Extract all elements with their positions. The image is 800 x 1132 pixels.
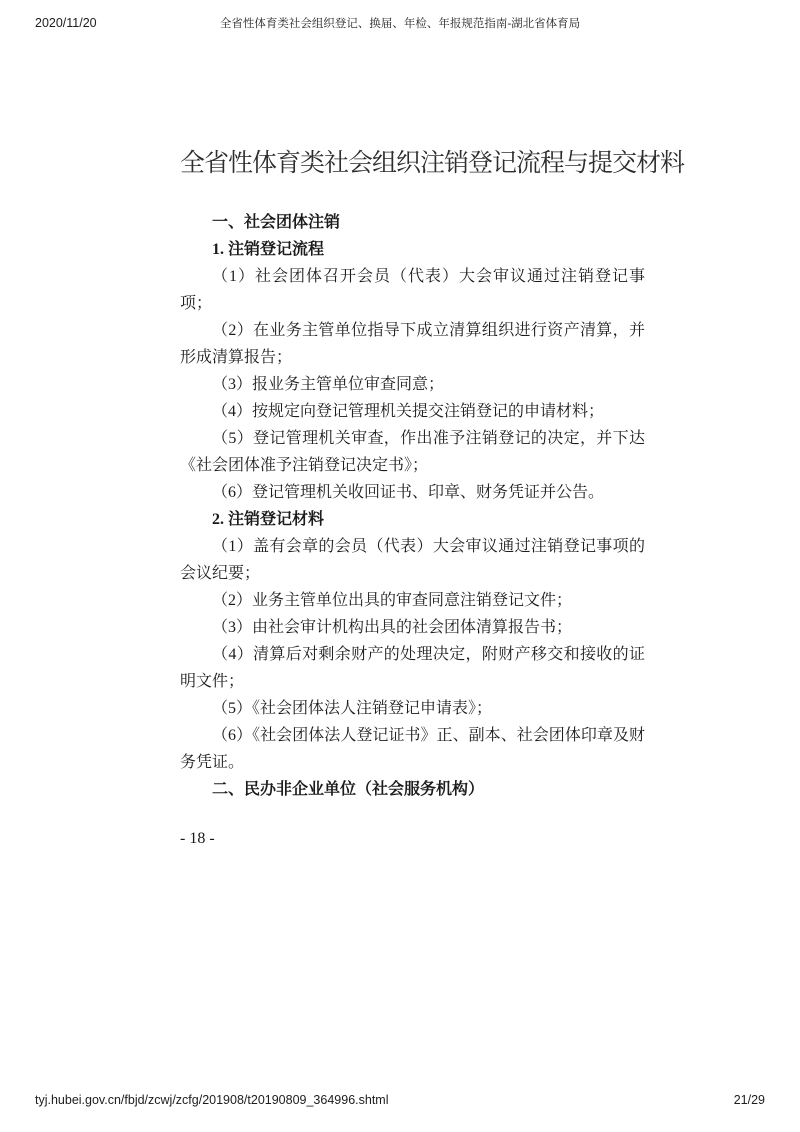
document-body: 一、社会团体注销1. 注销登记流程（1）社会团体召开会员（代表）大会审议通过注销… [180, 209, 645, 803]
paragraph: （6）《社会团体法人登记证书》正、副本、社会团体印章及财务凭证。 [180, 722, 645, 776]
section-heading: 一、社会团体注销 [180, 209, 645, 236]
print-header-title: 全省性体育类社会组织登记、换届、年检、年报规范指南-湖北省体育局 [35, 15, 765, 31]
footer-url: tyj.hubei.gov.cn/fbjd/zcwj/zcfg/201908/t… [35, 1093, 388, 1107]
paragraph: （5）《社会团体法人注销登记申请表》； [180, 695, 645, 722]
sub-heading: 2. 注销登记材料 [180, 506, 645, 533]
paragraph: （6）登记管理机关收回证书、印章、财务凭证并公告。 [180, 479, 645, 506]
section-heading: 二、民办非企业单位（社会服务机构） [180, 776, 645, 803]
print-date: 2020/11/20 [35, 16, 97, 30]
paragraph: （3）由社会审计机构出具的社会团体清算报告书； [180, 614, 645, 641]
footer-page-indicator: 21/29 [734, 1093, 765, 1107]
paragraph: （4）清算后对剩余财产的处理决定，附财产移交和接收的证明文件； [180, 641, 645, 695]
print-header: 2020/11/20 全省性体育类社会组织登记、换届、年检、年报规范指南-湖北省… [35, 15, 765, 31]
paragraph: （1）盖有会章的会员（代表）大会审议通过注销登记事项的会议纪要； [180, 533, 645, 587]
page-number: - 18 - [180, 825, 215, 852]
paragraph: （5）登记管理机关审查，作出准予注销登记的决定，并下达《社会团体准予注销登记决定… [180, 425, 645, 479]
print-footer: tyj.hubei.gov.cn/fbjd/zcwj/zcfg/201908/t… [35, 1093, 765, 1107]
printed-page: 2020/11/20 全省性体育类社会组织登记、换届、年检、年报规范指南-湖北省… [0, 0, 800, 1132]
paragraph: （3）报业务主管单位审查同意； [180, 371, 645, 398]
document-title: 全省性体育类社会组织注销登记流程与提交材料 [180, 143, 645, 179]
paragraph: （2）业务主管单位出具的审查同意注销登记文件； [180, 587, 645, 614]
sub-heading: 1. 注销登记流程 [180, 236, 645, 263]
paragraph: （2）在业务主管单位指导下成立清算组织进行资产清算，并形成清算报告； [180, 317, 645, 371]
paragraph: （1）社会团体召开会员（代表）大会审议通过注销登记事项； [180, 263, 645, 317]
paragraph: （4）按规定向登记管理机关提交注销登记的申请材料； [180, 398, 645, 425]
